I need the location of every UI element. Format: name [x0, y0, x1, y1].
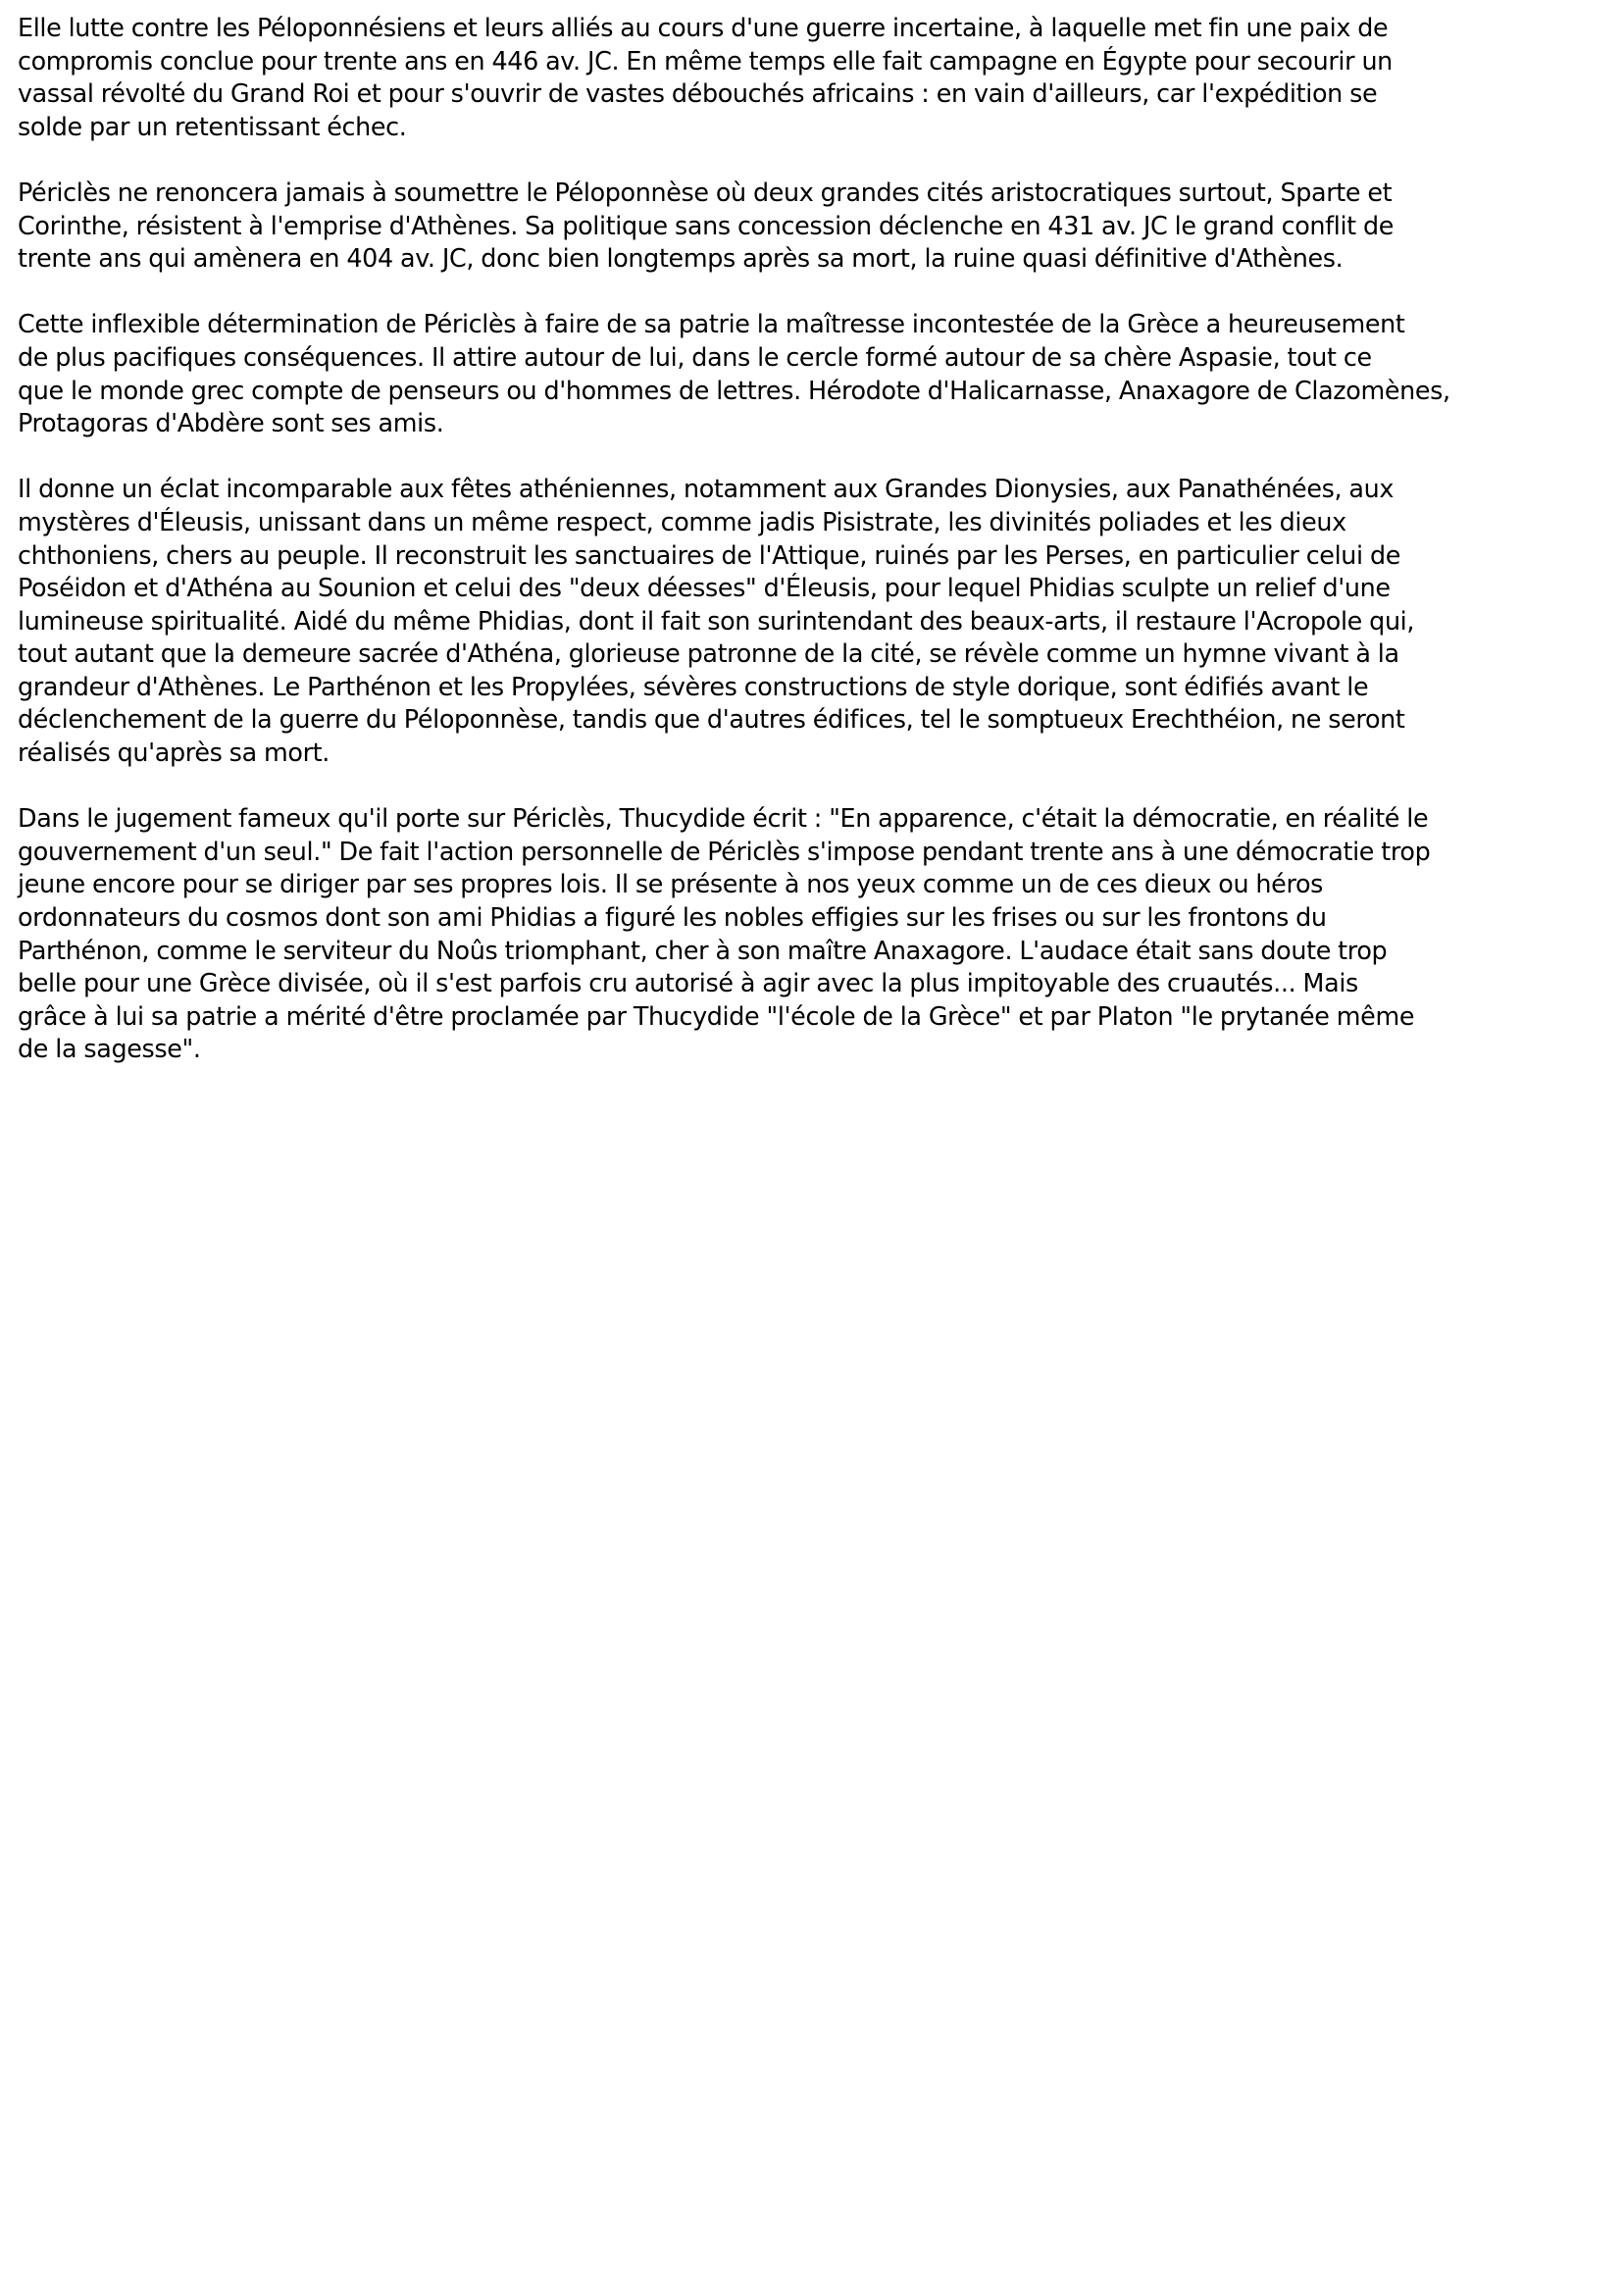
text-line: ordonnateurs du cosmos dont son ami Phid… — [18, 901, 1614, 935]
text-line: grandeur d'Athènes. Le Parthénon et les … — [18, 671, 1614, 704]
text-line: gouvernement d'un seul." De fait l'actio… — [18, 836, 1614, 869]
text-line: de la sagesse". — [18, 1033, 1614, 1066]
text-line: trente ans qui amènera en 404 av. JC, do… — [18, 242, 1614, 276]
text-line: Poséidon et d'Athéna au Sounion et celui… — [18, 572, 1614, 605]
text-line: réalisés qu'après sa mort. — [18, 737, 1614, 770]
text-line: que le monde grec compte de penseurs ou … — [18, 375, 1614, 408]
paragraph-festivals-monuments: Il donne un éclat incomparable aux fêtes… — [18, 473, 1614, 769]
text-line: déclenchement de la guerre du Péloponnès… — [18, 703, 1614, 737]
text-line: lumineuse spiritualité. Aidé du même Phi… — [18, 605, 1614, 638]
text-line: belle pour une Grèce divisée, où il s'es… — [18, 967, 1614, 1000]
text-line: Cette inflexible détermination de Péricl… — [18, 308, 1614, 341]
text-line: chthoniens, chers au peuple. Il reconstr… — [18, 539, 1614, 573]
paragraph-peloponnesian-war: Elle lutte contre les Péloponnésiens et … — [18, 12, 1614, 143]
text-line: jeune encore pour se diriger par ses pro… — [18, 868, 1614, 901]
text-line: solde par un retentissant échec. — [18, 111, 1614, 144]
text-line: vassal révolté du Grand Roi et pour s'ou… — [18, 77, 1614, 111]
text-line: Périclès ne renoncera jamais à soumettre… — [18, 177, 1614, 210]
text-line: Protagoras d'Abdère sont ses amis. — [18, 407, 1614, 440]
text-line: mystères d'Éleusis, unissant dans un mêm… — [18, 506, 1614, 539]
text-line: compromis conclue pour trente ans en 446… — [18, 45, 1614, 78]
text-line: Dans le jugement fameux qu'il porte sur … — [18, 802, 1614, 836]
text-line: Elle lutte contre les Péloponnésiens et … — [18, 12, 1614, 45]
paragraph-intellectual-circle: Cette inflexible détermination de Péricl… — [18, 308, 1614, 439]
text-line: Parthénon, comme le serviteur du Noûs tr… — [18, 935, 1614, 968]
text-line: tout autant que la demeure sacrée d'Athé… — [18, 637, 1614, 671]
text-line: de plus pacifiques conséquences. Il atti… — [18, 341, 1614, 375]
text-line: Corinthe, résistent à l'emprise d'Athène… — [18, 210, 1614, 243]
text-line: Il donne un éclat incomparable aux fêtes… — [18, 473, 1614, 506]
text-line: grâce à lui sa patrie a mérité d'être pr… — [18, 1000, 1614, 1034]
document-page: Elle lutte contre les Péloponnésiens et … — [18, 12, 1614, 1099]
paragraph-pericles-policy: Périclès ne renoncera jamais à soumettre… — [18, 177, 1614, 276]
paragraph-thucydides-judgment: Dans le jugement fameux qu'il porte sur … — [18, 802, 1614, 1066]
